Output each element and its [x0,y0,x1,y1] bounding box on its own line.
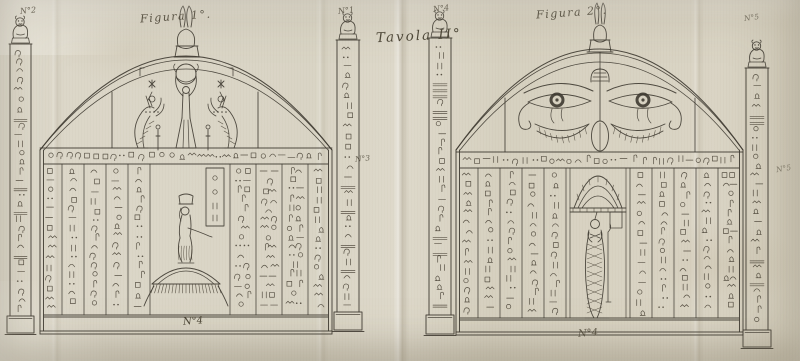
marker-n2: N°2 [20,5,37,15]
hieroglyph-column [702,173,712,308]
goddess-with-sun-disk-icon [174,64,199,148]
hieroglyph-column [506,171,516,308]
hieroglyph-column [528,175,539,311]
hieroglyph-column [636,173,646,316]
left-stela-panel [40,6,332,334]
engraving-artwork [0,0,800,361]
scanned-plate: N°2 Figura 1°. N°1 Tavola II° N°4 Figura… [0,0,800,361]
marker-n4-top: N°4 [433,3,450,14]
left-frieze-glyphs [49,152,321,161]
lunette-symbols [140,68,233,150]
right-frieze-glyphs [463,155,734,166]
hieroglyph-column [658,172,668,308]
hieroglyph-column [485,174,494,307]
hieroglyph-column [286,167,304,304]
hieroglyph-column [260,171,279,305]
obelisk-n1 [332,12,364,332]
obelisk-far-left [5,16,36,335]
seated-figure-on-table-icon [144,194,228,306]
hieroglyph-column [314,169,324,307]
obelisk-n4 [424,10,456,336]
marker-n4-bottom-left: N°4 [183,315,204,327]
marker-n1: N°1 [338,5,355,16]
hieroglyph-column [112,169,122,306]
hieroglyph-column [680,173,691,307]
hieroglyph-column [68,169,77,304]
cartouche-box [206,168,224,226]
marker-n4-bottom-right: N°4 [578,327,599,339]
adoring-jackal-right-icon [208,92,237,148]
hieroglyph-column [134,167,144,306]
hieroglyph-column [90,170,100,305]
hieroglyph-column [46,169,57,308]
winged-wedjat-emblem-icon [519,68,682,151]
obelisk-far-right [741,40,773,349]
marker-n3: N°3 [355,153,371,163]
right-stela-panel [456,3,743,335]
hieroglyph-column [550,173,560,315]
hieroglyph-column [462,173,472,314]
hieroglyph-column [234,169,251,307]
niche-mummiform-figure-icon [570,176,626,318]
hieroglyph-column [722,173,737,307]
